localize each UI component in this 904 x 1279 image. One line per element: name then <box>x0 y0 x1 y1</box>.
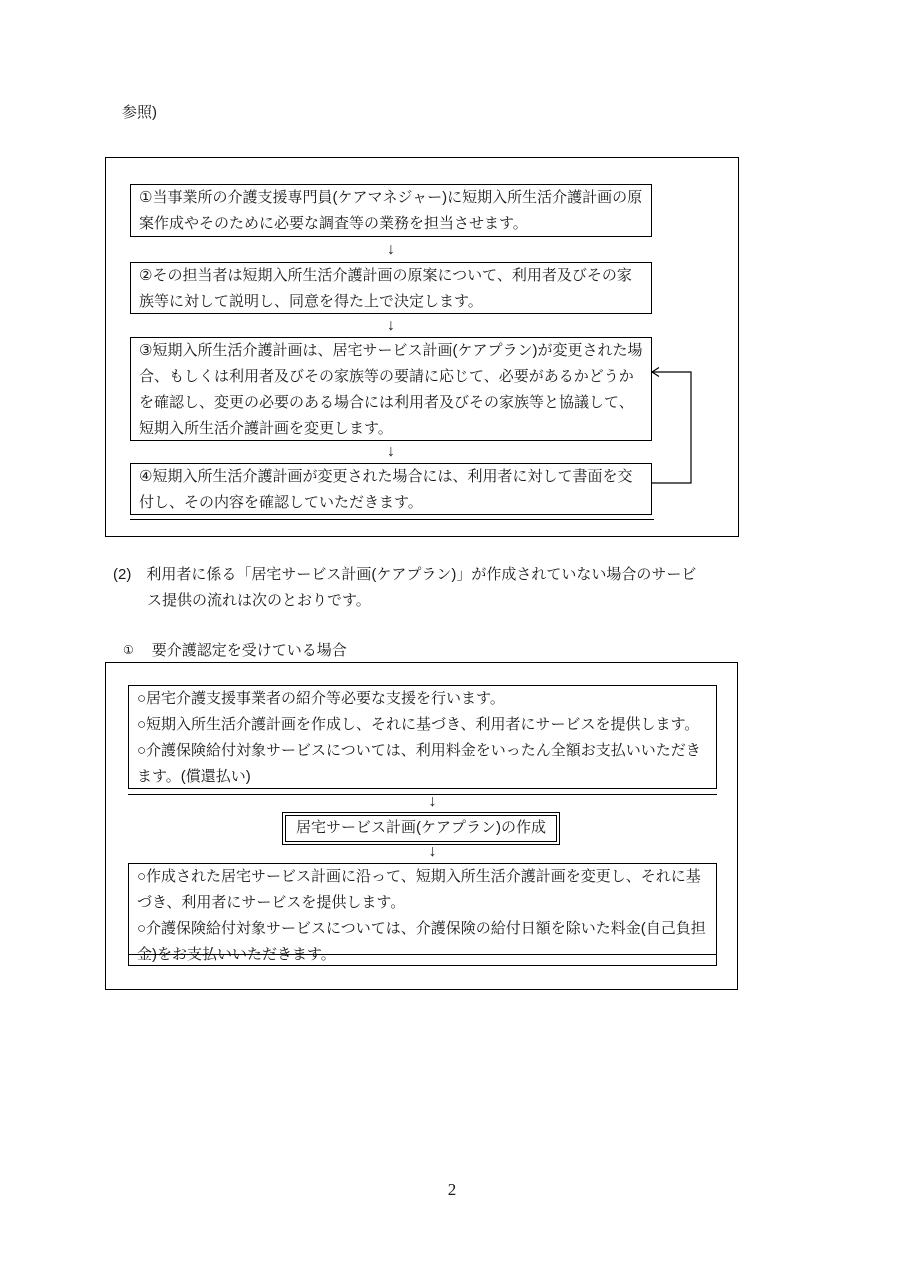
table-rule <box>130 519 654 520</box>
flow2-bottom-item: ○作成された居宅サービス計画に沿って、短期入所生活介護計画を変更し、それに基づき… <box>137 864 708 916</box>
flow2-top-item: ○短期入所生活介護計画を作成し、それに基づき、利用者にサービスを提供します。 <box>137 712 708 738</box>
section-2-heading-line-1: (2) 利用者に係る「居宅サービス計画(ケアプラン)」が作成されていない場合のサ… <box>113 562 696 588</box>
careplan-creation-label: 居宅サービス計画(ケアプラン)の作成 <box>285 815 557 842</box>
page-number: 2 <box>0 1180 904 1200</box>
down-arrow-icon: ↓ <box>130 441 652 463</box>
header-note: 参照) <box>122 100 157 126</box>
flow1-step-1-box: ①当事業所の介護支援専門員(ケアマネジャー)に短期入所生活介護計画の原案作成やそ… <box>130 184 652 237</box>
feedback-arrow-connector <box>645 360 700 495</box>
down-arrow-icon: ↓ <box>130 237 652 262</box>
flow2-bottom-item: ○介護保険給付対象サービスについては、介護保険の給付日額を除いた料金(自己負担金… <box>137 916 708 968</box>
flow1-step-4-box: ④短期入所生活介護計画が変更された場合には、利用者に対して書面を交付し、その内容… <box>130 463 652 515</box>
down-arrow-icon: ↓ <box>138 841 727 863</box>
document-page: 参照) ①当事業所の介護支援専門員(ケアマネジャー)に短期入所生活介護計画の原案… <box>0 0 904 1279</box>
down-arrow-icon: ↓ <box>130 314 652 337</box>
flow2-top-item: ○居宅介護支援事業者の紹介等必要な支援を行います。 <box>137 686 708 712</box>
flow2-top-item: ○介護保険給付対象サービスについては、利用料金をいったん全額お支払いいただきます… <box>137 738 708 790</box>
subsection-1-heading: ①要介護認定を受けている場合 <box>123 637 347 664</box>
section-2-heading-line-2: ス提供の流れは次のとおりです。 <box>147 588 371 614</box>
flow1-step-3-box: ③短期入所生活介護計画は、居宅サービス計画(ケアプラン)が変更された場合、もしく… <box>130 337 652 441</box>
flow2-top-box: ○居宅介護支援事業者の紹介等必要な支援を行います。 ○短期入所生活介護計画を作成… <box>128 685 717 789</box>
flow1-step-2-box: ②その担当者は短期入所生活介護計画の原案について、利用者及びその家族等に対して説… <box>130 262 652 314</box>
subsection-number: ① <box>123 643 134 657</box>
down-arrow-icon: ↓ <box>138 790 727 813</box>
flow2-bottom-box: ○作成された居宅サービス計画に沿って、短期入所生活介護計画を変更し、それに基づき… <box>128 863 717 966</box>
subsection-label: 要介護認定を受けている場合 <box>152 642 347 659</box>
